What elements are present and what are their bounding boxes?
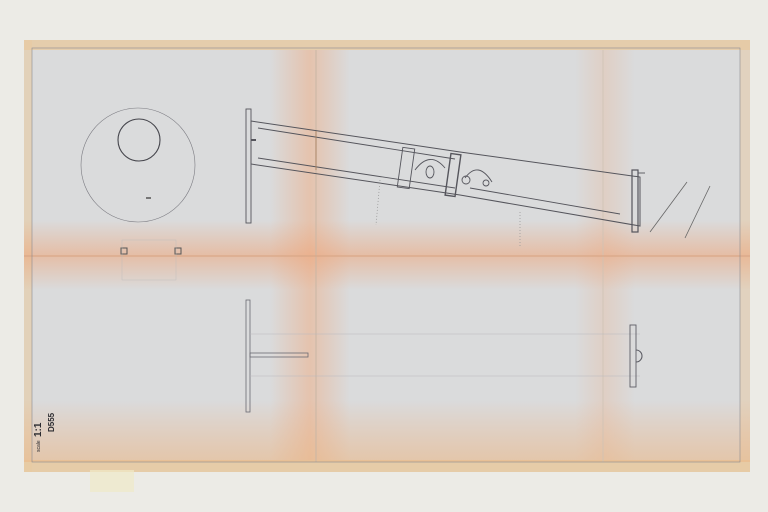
sheet-number-stamp: D555 — [47, 413, 56, 432]
bottom-edge-stain — [24, 400, 750, 462]
scale-label: scale — [36, 440, 42, 452]
scale-value: 1:1 — [33, 423, 44, 437]
drawing-photo — [0, 0, 768, 512]
fold-stain-horizontal — [24, 220, 750, 290]
tape-top — [24, 40, 750, 50]
tape-scrap — [90, 470, 134, 492]
